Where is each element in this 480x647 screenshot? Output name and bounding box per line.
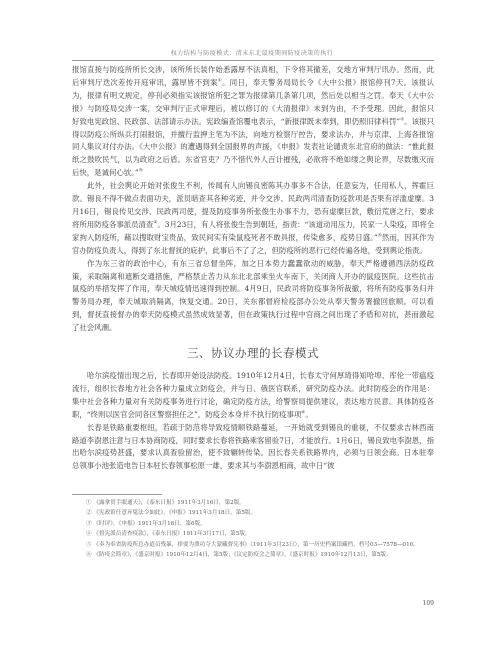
footnote-mark: ① — [86, 500, 92, 506]
footnote-text: 《督宪派员清查疫款》，《泰东日报》1911年3月17日，第5版。 — [93, 531, 250, 537]
header-rule — [72, 60, 434, 61]
footnote-text: 《露拿贯手眼通天》，《泰东日报》1911年3月16日，第2版。 — [93, 500, 245, 506]
footnote-mark: ② — [86, 510, 92, 516]
running-header: 权力结构与防疫模式：清末东北鼠疫期间防疫决策的执行 — [72, 48, 432, 57]
footnote-text: 《时评》，《申报》1911年3月18日，第6版。 — [93, 521, 205, 527]
footnote-text: 《宪政馆任意弃髦法令如此》，《申报》1911年3月18日，第5版。 — [93, 510, 256, 516]
body-paragraph: 哈尔滨疫情出现之后，长春即开始设法防疫。1910年12月4日，长春太守何厚琦得知… — [72, 370, 434, 422]
body-paragraph: 此外，社会舆论开始对张俊生不利，传闻有人向锡良密陈其办事多不合法，任意妄为，任用… — [72, 180, 434, 257]
page-number: 109 — [416, 600, 434, 607]
paragraph-text: 。 — [305, 410, 312, 419]
footnotes: ① 《露拿贯手眼通天》，《泰东日报》1911年3月16日，第2版。 ② 《宪政馆… — [72, 498, 434, 560]
paragraph-text: 哈尔滨疫情出现之后，长春即开始设法防疫。1910年12月4日，长春太守何厚琦得知… — [72, 371, 434, 419]
footnote-ref[interactable]: ③ — [139, 169, 143, 174]
body-paragraph: 报馆直接与防疫所所长交涉，该所所长装作始悉露厚不法真相，下令将其撤差，交地方审判… — [72, 64, 434, 180]
paragraph-text: 长春是铁路重要枢纽，若疏于防范将导致疫情顺铁路蔓延，一开始就受到锡良的重视，不仅… — [72, 423, 434, 471]
footnote-mark: ⑤ — [86, 542, 92, 548]
footnote-item: ⑤ 《奏为奉省防疫所总办道员残暴，择要为溃功夺大蒙藏督宪事》（1911年3月23… — [72, 540, 434, 550]
footnote-mark: ③ — [86, 521, 92, 527]
footnote-text: 《防疫会简章》，《盛京时报》1910年12月4日，第5版；《议定防疫会之简章》，… — [93, 552, 391, 558]
footnote-rule — [72, 494, 162, 495]
footnote-item: ③ 《时评》，《申报》1911年3月18日，第6版。 — [72, 519, 434, 529]
footnote-text: 《奏为奉省防疫所总办道员残暴，择要为溃功夺大蒙藏督宪事》（1911年3月23日）… — [93, 542, 418, 548]
body-paragraph: 长春是铁路重要枢纽，若疏于防范将导致疫情顺铁路蔓延，一开始就受到锡良的重视，不仅… — [72, 422, 434, 474]
footnote-item: ④ 《督宪派员清查疫款》，《泰东日报》1911年3月17日，第5版。 — [72, 529, 434, 539]
body-text: 报馆直接与防疫所所长交涉，该所所长装作始悉露厚不法真相，下令将其撤差，交地方审判… — [72, 64, 434, 473]
footnote-item: ② 《宪政馆任意弃髦法令如此》，《申报》1911年3月18日，第5版。 — [72, 508, 434, 518]
footnote-item: ⑥ 《防疫会简章》，《盛京时报》1910年12月4日，第5版；《议定防疫会之简章… — [72, 550, 434, 560]
footnote-mark: ⑥ — [86, 552, 92, 558]
paragraph-text: 作为东三省的政治中心，有东三省总督坐阵，加之日本势力蠢蠢欲动的威胁，奉天严格遵循… — [72, 259, 434, 333]
footnote-item: ① 《露拿贯手眼通天》，《泰东日报》1911年3月16日，第2版。 — [72, 498, 434, 508]
footnote-mark: ④ — [86, 531, 92, 537]
section-title: 三、协议办理的长春模式 — [72, 346, 434, 360]
body-paragraph: 作为东三省的政治中心，有东三省总督坐阵，加之日本势力蠢蠢欲动的威胁，奉天严格遵循… — [72, 258, 434, 335]
